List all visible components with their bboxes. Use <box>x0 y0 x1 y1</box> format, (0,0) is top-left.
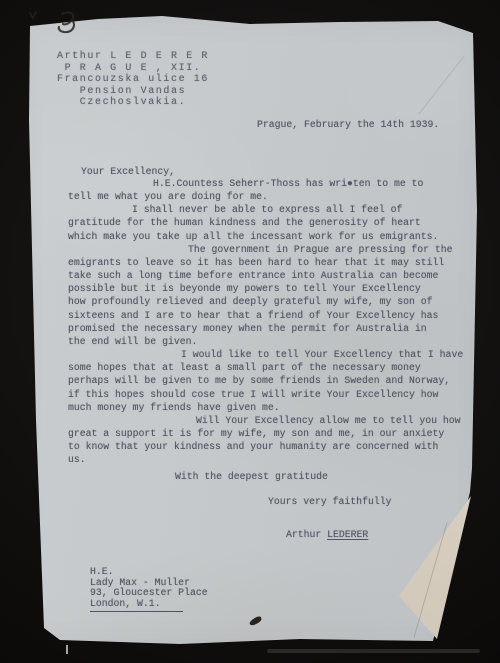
recipient-city: London, W.1. <box>90 599 208 612</box>
letter-line: I shall never be able to express all I f… <box>132 203 460 216</box>
letter-line: great a support it is for my wife, my so… <box>68 427 460 440</box>
letter-line: some hopes that at least a small part of… <box>68 361 460 374</box>
letter-line: emigrants to leave so it has been hard t… <box>68 256 460 269</box>
letter-line: tell me what you are doing for me. <box>68 190 460 203</box>
closing-gratitude: With the deepest gratitude <box>175 470 460 483</box>
letterhead: Arthur L E D E R E R P R A G U E , XII. … <box>52 51 214 109</box>
signature: Arthur LEDERER <box>286 528 460 541</box>
letter-line: Will Your Excellency allow me to tell yo… <box>196 414 460 427</box>
date-line: Prague, February the 14th 1939. <box>257 119 439 130</box>
letter-line: take such a long time before entrance in… <box>68 269 460 282</box>
letter-line: promised the necessary money when the pe… <box>68 322 460 335</box>
scanned-letter-photo: Arthur L E D E R E R P R A G U E , XII. … <box>0 0 500 663</box>
letter-line: sixteens and I are to hear that a friend… <box>68 309 460 322</box>
recipient-address: H.E. Lady Max - Muller 93, Gloucester Pl… <box>90 567 208 612</box>
letter-line: gratitude for the human kindness and the… <box>68 216 460 229</box>
signature-first-name: Arthur <box>286 529 327 540</box>
letter-line: to know that your kindness and your huma… <box>68 440 460 453</box>
scan-edge-artifact-small <box>66 645 68 654</box>
letterhead-pension: Pension Vandas <box>52 86 214 98</box>
letter-line: I would like to tell Your Excellency tha… <box>181 348 460 361</box>
letterhead-street: Francouzska ulice 16 <box>52 74 214 86</box>
letter-line: which make you take up all the incessant… <box>68 230 460 243</box>
letter-line: much money my friends have given me. <box>68 401 460 414</box>
letter-line: if this hopes should cose true I will wr… <box>68 388 460 401</box>
signature-surname: LEDERER <box>327 529 368 540</box>
letter-body-lines: H.E.Countess Seherr-Thoss has wri●ten to… <box>68 177 460 466</box>
handwritten-squiggle-mark <box>24 4 94 44</box>
letter-line: perhaps will be given to me by some frie… <box>68 374 460 387</box>
salutation: Your Excellency, <box>81 166 175 177</box>
scan-edge-artifact <box>267 649 481 653</box>
letter-line: The government in Prague are pressing fo… <box>188 243 460 256</box>
letter-line: H.E.Countess Seherr-Thoss has wri●ten to… <box>153 177 460 190</box>
letterhead-name: Arthur L E D E R E R <box>52 51 214 63</box>
letter-body: H.E.Countess Seherr-Thoss has wri●ten to… <box>68 177 460 541</box>
closing-valediction: Yours very faithfully <box>268 495 460 508</box>
letter-line: possible but it is beyonde my powers to … <box>68 282 460 295</box>
letterhead-country: Czechoslvakia. <box>52 97 214 109</box>
letter-line: the end will be given. <box>68 335 460 348</box>
letter-line: us. <box>68 453 460 466</box>
letterhead-city: P R A G U E , XII. <box>52 63 214 75</box>
letter-line: how profoundly relieved and deeply grate… <box>68 295 460 308</box>
